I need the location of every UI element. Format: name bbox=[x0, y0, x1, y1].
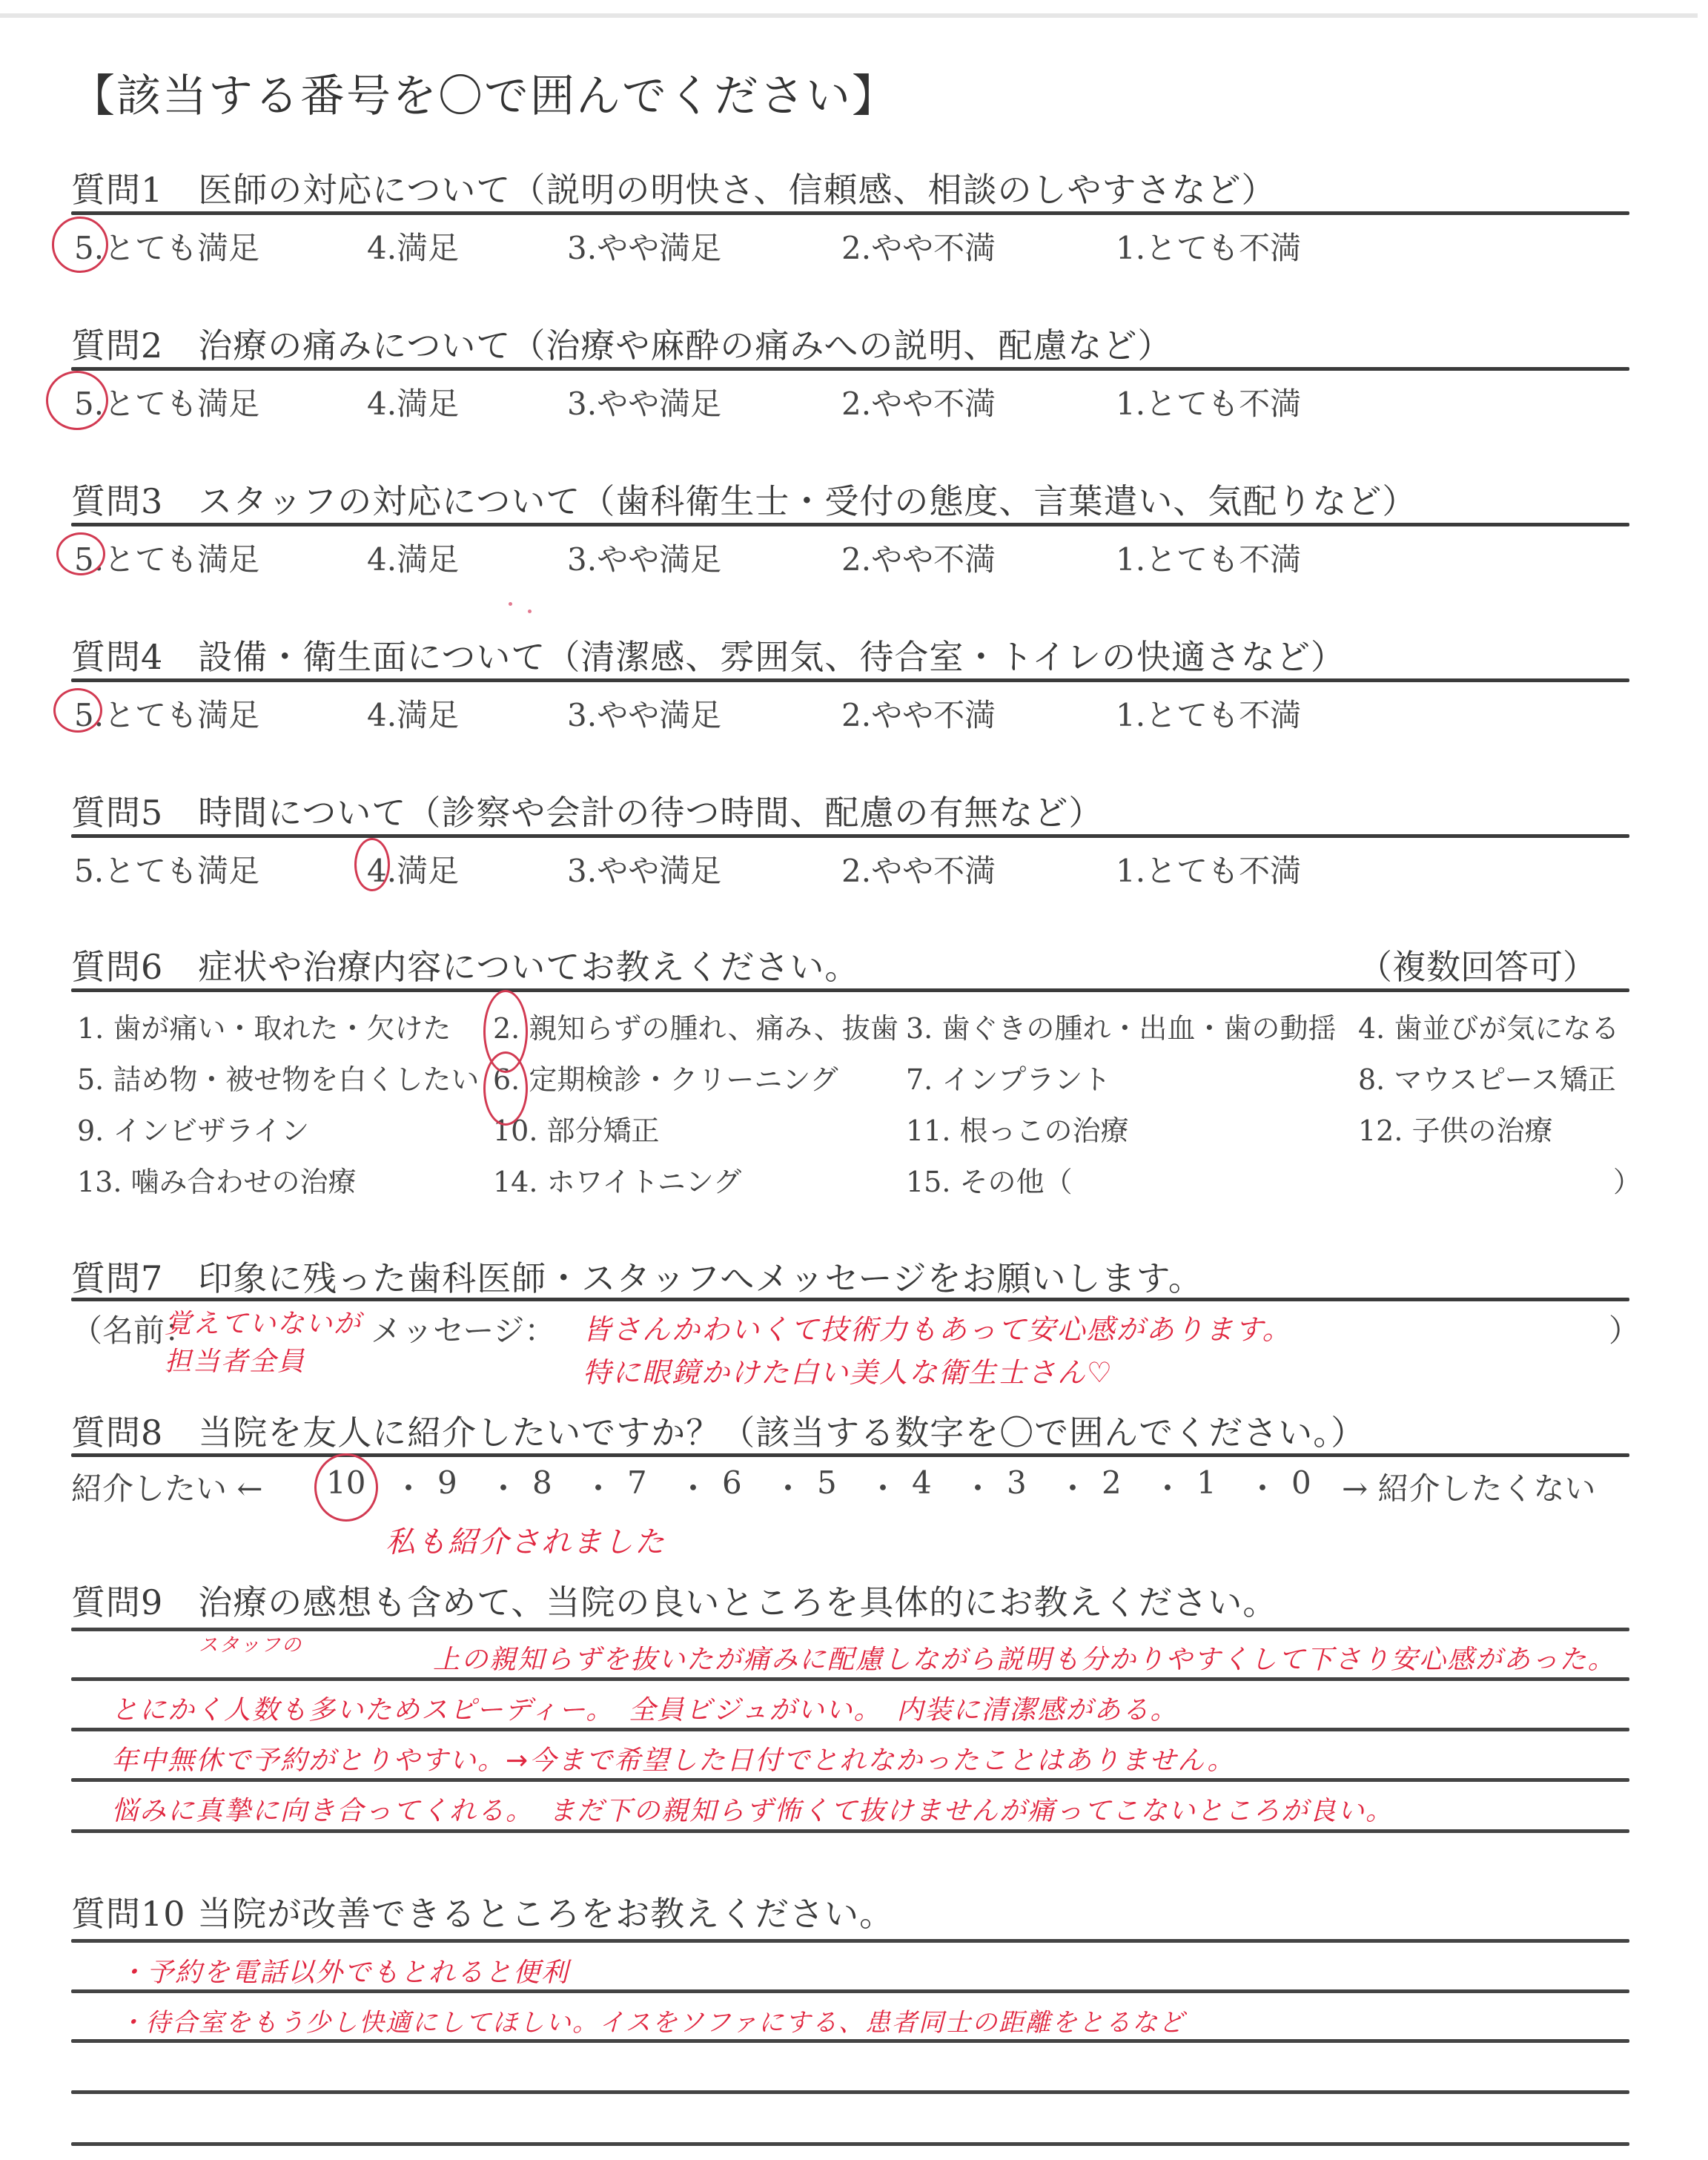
q8-dot: ・ bbox=[962, 1464, 993, 1509]
q9-title: 質問9 治療の感想も含めて、当院の良いところを具体的にお教えください。 bbox=[71, 1576, 1277, 1625]
q6-item-4[interactable]: 4. 歯並びが気になる bbox=[1358, 1005, 1619, 1046]
q1-option-3[interactable]: 3.やや満足 bbox=[567, 224, 721, 268]
stray-ink-dot bbox=[528, 610, 532, 613]
q10-rule-5 bbox=[71, 2142, 1629, 2146]
q4-option-5[interactable]: 5.とても満足 bbox=[74, 691, 259, 736]
q6-other-close-paren: ） bbox=[1613, 1159, 1641, 1200]
q6-item-14[interactable]: 14. ホワイトニング bbox=[493, 1159, 741, 1200]
q8-scale-4[interactable]: 4 bbox=[912, 1464, 932, 1501]
q9-rule-4 bbox=[71, 1778, 1629, 1782]
q8-left-label: 紹介したい ← bbox=[71, 1464, 263, 1509]
q3-option-1[interactable]: 1.とても不満 bbox=[1116, 535, 1301, 580]
q9-handwritten-line-3[interactable]: 年中無休で予約がとりやすい。→今まで希望した日付でとれなかったことはありません。 bbox=[111, 1740, 1235, 1777]
q8-right-label: → 紹介したくない bbox=[1342, 1464, 1596, 1509]
q8-dot: ・ bbox=[867, 1464, 898, 1509]
q6-multiple-answer-note: （複数回答可） bbox=[1358, 940, 1597, 989]
q1-option-2[interactable]: 2.やや不満 bbox=[841, 224, 996, 268]
q2-rule bbox=[71, 367, 1629, 371]
q10-handwritten-line-1[interactable]: ・予約を電話以外でもとれると便利 bbox=[119, 1952, 569, 1989]
q9-rule-1 bbox=[71, 1628, 1629, 1631]
q3-rule bbox=[71, 523, 1629, 526]
q10-rule-1 bbox=[71, 1939, 1629, 1943]
q8-dot: ・ bbox=[678, 1464, 709, 1509]
q2-option-3[interactable]: 3.やや満足 bbox=[567, 380, 721, 424]
q1-title: 質問1 医師の対応について（説明の明快さ、信頼感、相談のしやすさなど） bbox=[71, 163, 1277, 212]
q5-option-3[interactable]: 3.やや満足 bbox=[567, 847, 721, 891]
q7-close-paren: ） bbox=[1609, 1307, 1640, 1351]
q2-option-5[interactable]: 5.とても満足 bbox=[74, 380, 259, 424]
q9-handwritten-line-2[interactable]: とにかく人数も多いためスピーディー。 全員ビジュがいい。 内装に清潔感がある。 bbox=[111, 1689, 1179, 1727]
q6-item-3[interactable]: 3. 歯ぐきの腫れ・出血・歯の動揺 bbox=[906, 1005, 1336, 1046]
q4-option-1[interactable]: 1.とても不満 bbox=[1116, 691, 1301, 736]
q5-option-5[interactable]: 5.とても満足 bbox=[74, 847, 259, 891]
q8-rule bbox=[71, 1453, 1629, 1457]
q7-rule bbox=[71, 1298, 1629, 1301]
q6-item-2[interactable]: 2. 親知らずの腫れ、痛み、抜歯 bbox=[493, 1005, 898, 1046]
q6-item-10[interactable]: 10. 部分矯正 bbox=[493, 1108, 660, 1149]
q8-scale-1[interactable]: 1 bbox=[1196, 1464, 1217, 1501]
q6-item-13[interactable]: 13. 噛み合わせの治療 bbox=[77, 1159, 357, 1200]
q9-rule-5 bbox=[71, 1829, 1629, 1833]
q7-title: 質問7 印象に残った歯科医師・スタッフへメッセージをお願いします。 bbox=[71, 1252, 1203, 1301]
q8-dot: ・ bbox=[488, 1464, 519, 1509]
q8-scale-2[interactable]: 2 bbox=[1102, 1464, 1122, 1501]
q4-option-2[interactable]: 2.やや不満 bbox=[841, 691, 996, 736]
q9-rule-2 bbox=[71, 1677, 1629, 1681]
q1-option-4[interactable]: 4.満足 bbox=[367, 224, 459, 268]
q6-item-5[interactable]: 5. 詰め物・被せ物を白くしたい bbox=[77, 1057, 479, 1097]
q7-message-handwritten-line1[interactable]: 皆さんかわいくて技術力もあって安心感があります。 bbox=[583, 1307, 1292, 1347]
q6-item-1[interactable]: 1. 歯が痛い・取れた・欠けた bbox=[77, 1005, 451, 1046]
scan-top-edge bbox=[0, 13, 1698, 18]
q10-rule-2 bbox=[71, 1989, 1629, 1993]
q5-option-1[interactable]: 1.とても不満 bbox=[1116, 847, 1301, 891]
q2-option-4[interactable]: 4.満足 bbox=[367, 380, 459, 424]
q6-item-15-other[interactable]: 15. その他（ bbox=[906, 1159, 1073, 1200]
q6-item-7[interactable]: 7. インプラント bbox=[906, 1057, 1110, 1097]
q8-dot: ・ bbox=[1247, 1464, 1278, 1509]
stray-ink-dot bbox=[509, 602, 512, 606]
q6-item-11[interactable]: 11. 根っこの治療 bbox=[906, 1108, 1129, 1149]
q8-scale-6[interactable]: 6 bbox=[722, 1464, 742, 1501]
q1-option-5[interactable]: 5.とても満足 bbox=[74, 224, 259, 268]
q8-scale-9[interactable]: 9 bbox=[437, 1464, 457, 1501]
q5-option-4[interactable]: 4.満足 bbox=[367, 847, 459, 891]
page-title: 【該当する番号を〇で囲んでください】 bbox=[70, 61, 898, 125]
q8-scale-8[interactable]: 8 bbox=[532, 1464, 552, 1501]
q8-scale-7[interactable]: 7 bbox=[627, 1464, 647, 1501]
q5-title: 質問5 時間について（診察や会計の待つ時間、配慮の有無など） bbox=[71, 786, 1103, 835]
q8-scale-5[interactable]: 5 bbox=[817, 1464, 837, 1501]
q8-dot: ・ bbox=[583, 1464, 614, 1509]
q4-rule bbox=[71, 678, 1629, 682]
q5-rule bbox=[71, 834, 1629, 838]
q3-title: 質問3 スタッフの対応について（歯科衛生士・受付の態度、言葉遣い、気配りなど） bbox=[71, 475, 1417, 524]
q1-option-1[interactable]: 1.とても不満 bbox=[1116, 224, 1301, 268]
q7-message-label: メッセージ： bbox=[371, 1307, 555, 1351]
q8-title: 質問8 当院を友人に紹介したいですか？（該当する数字を〇で囲んでください。） bbox=[71, 1406, 1366, 1455]
q9-handwritten-line-1[interactable]: 上の親知らずを抜いたが痛みに配慮しながら説明も分かりやすくして下さり安心感があっ… bbox=[433, 1639, 1616, 1677]
q7-name-handwritten-line2[interactable]: 担当者全員 bbox=[165, 1341, 305, 1378]
q10-rule-3 bbox=[71, 2039, 1629, 2043]
q10-title: 質問10 当院が改善できるところをお教えください。 bbox=[71, 1887, 894, 1936]
q3-option-3[interactable]: 3.やや満足 bbox=[567, 535, 721, 580]
q6-item-6[interactable]: 6. 定期検診・クリーニング bbox=[493, 1057, 838, 1097]
q8-dot: ・ bbox=[772, 1464, 804, 1509]
q7-name-handwritten-line1[interactable]: 覚えていないが bbox=[165, 1303, 362, 1341]
q10-rule-4 bbox=[71, 2090, 1629, 2094]
q8-handwritten-comment[interactable]: 私も紹介されました bbox=[385, 1519, 666, 1561]
q7-message-handwritten-line2[interactable]: 特に眼鏡かけた白い美人な衛生士さん♡ bbox=[583, 1350, 1113, 1390]
q6-item-8[interactable]: 8. マウスピース矯正 bbox=[1358, 1057, 1616, 1097]
q9-insert-note[interactable]: スタッフの bbox=[199, 1630, 302, 1657]
q6-item-9[interactable]: 9. インビザライン bbox=[77, 1108, 309, 1149]
q8-dot: ・ bbox=[393, 1464, 424, 1509]
q4-option-3[interactable]: 3.やや満足 bbox=[567, 691, 721, 736]
q1-rule bbox=[71, 211, 1629, 215]
q3-option-4[interactable]: 4.満足 bbox=[367, 535, 459, 580]
q3-option-2[interactable]: 2.やや不満 bbox=[841, 535, 996, 580]
q8-dot: ・ bbox=[1057, 1464, 1088, 1509]
q6-title: 質問6 症状や治療内容についてお教えください。 bbox=[71, 940, 859, 989]
q9-handwritten-line-4[interactable]: 悩みに真摯に向き合ってくれる。 まだ下の親知らず怖くて抜けませんが痛ってこないと… bbox=[111, 1790, 1394, 1828]
q3-option-5[interactable]: 5.とても満足 bbox=[74, 535, 259, 580]
q10-handwritten-line-2[interactable]: ・待合室をもう少し快適にしてほしい。イスをソファにする、患者同士の距離をとるなど bbox=[119, 2002, 1185, 2038]
q9-rule-3 bbox=[71, 1728, 1629, 1731]
q8-dot: ・ bbox=[1152, 1464, 1183, 1509]
q4-option-4[interactable]: 4.満足 bbox=[367, 691, 459, 736]
q2-title: 質問2 治療の痛みについて（治療や麻酔の痛みへの説明、配慮など） bbox=[71, 319, 1172, 368]
q2-option-1[interactable]: 1.とても不満 bbox=[1116, 380, 1301, 424]
q4-title: 質問4 設備・衛生面について（清潔感、雰囲気、待合室・トイレの快適さなど） bbox=[71, 630, 1345, 679]
q8-scale-3[interactable]: 3 bbox=[1007, 1464, 1027, 1501]
q6-item-12[interactable]: 12. 子供の治療 bbox=[1358, 1108, 1553, 1149]
q8-scale-0[interactable]: 0 bbox=[1291, 1464, 1311, 1501]
q5-option-2[interactable]: 2.やや不満 bbox=[841, 847, 996, 891]
q8-scale-10[interactable]: 10 bbox=[326, 1464, 365, 1501]
q2-option-2[interactable]: 2.やや不満 bbox=[841, 380, 996, 424]
q6-rule bbox=[71, 988, 1629, 992]
